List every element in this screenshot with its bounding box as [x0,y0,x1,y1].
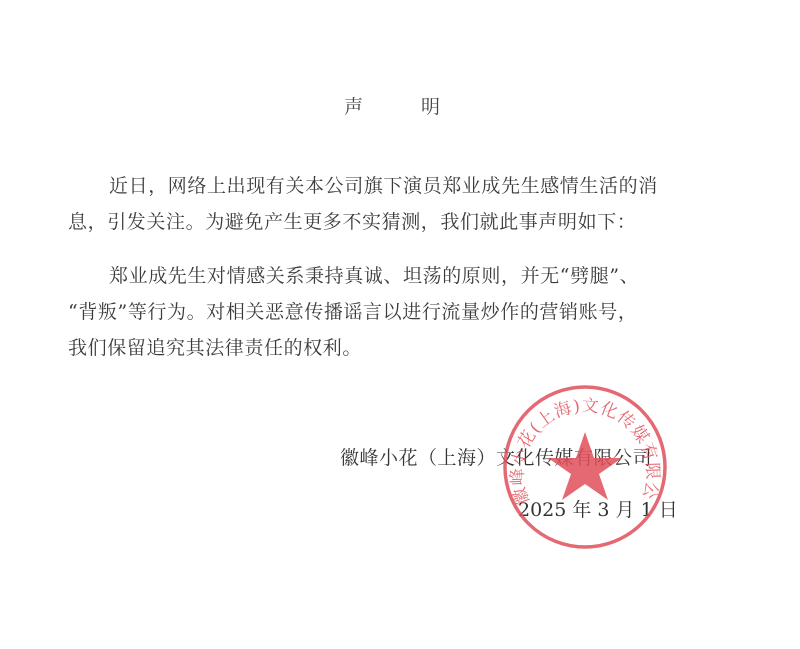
paragraph-2: 郑业成先生对情感关系秉持真诚、坦荡的原则，并无“劈腿”、 “背叛”等行为。对相关… [68,258,708,366]
paragraph-line: 近日，网络上出现有关本公司旗下演员郑业成先生感情生活的消 [68,168,708,204]
paragraph-line: 息，引发关注。为避免产生更多不实猜测，我们就此事声明如下： [68,204,708,240]
paragraph-line: 我们保留追究其法律责任的权利。 [68,330,708,366]
paragraph-1: 近日，网络上出现有关本公司旗下演员郑业成先生感情生活的消 息，引发关注。为避免产… [68,168,708,240]
signature-date: 2025 年 3 月 1 日 [518,495,678,522]
paragraph-line: 郑业成先生对情感关系秉持真诚、坦荡的原则，并无“劈腿”、 [68,258,708,294]
document-title: 声 明 [0,92,800,119]
signature-company: 徽峰小花（上海）文化传媒有限公司 [340,443,652,470]
paragraph-line: “背叛”等行为。对相关恶意传播谣言以进行流量炒作的营销账号， [68,294,708,330]
